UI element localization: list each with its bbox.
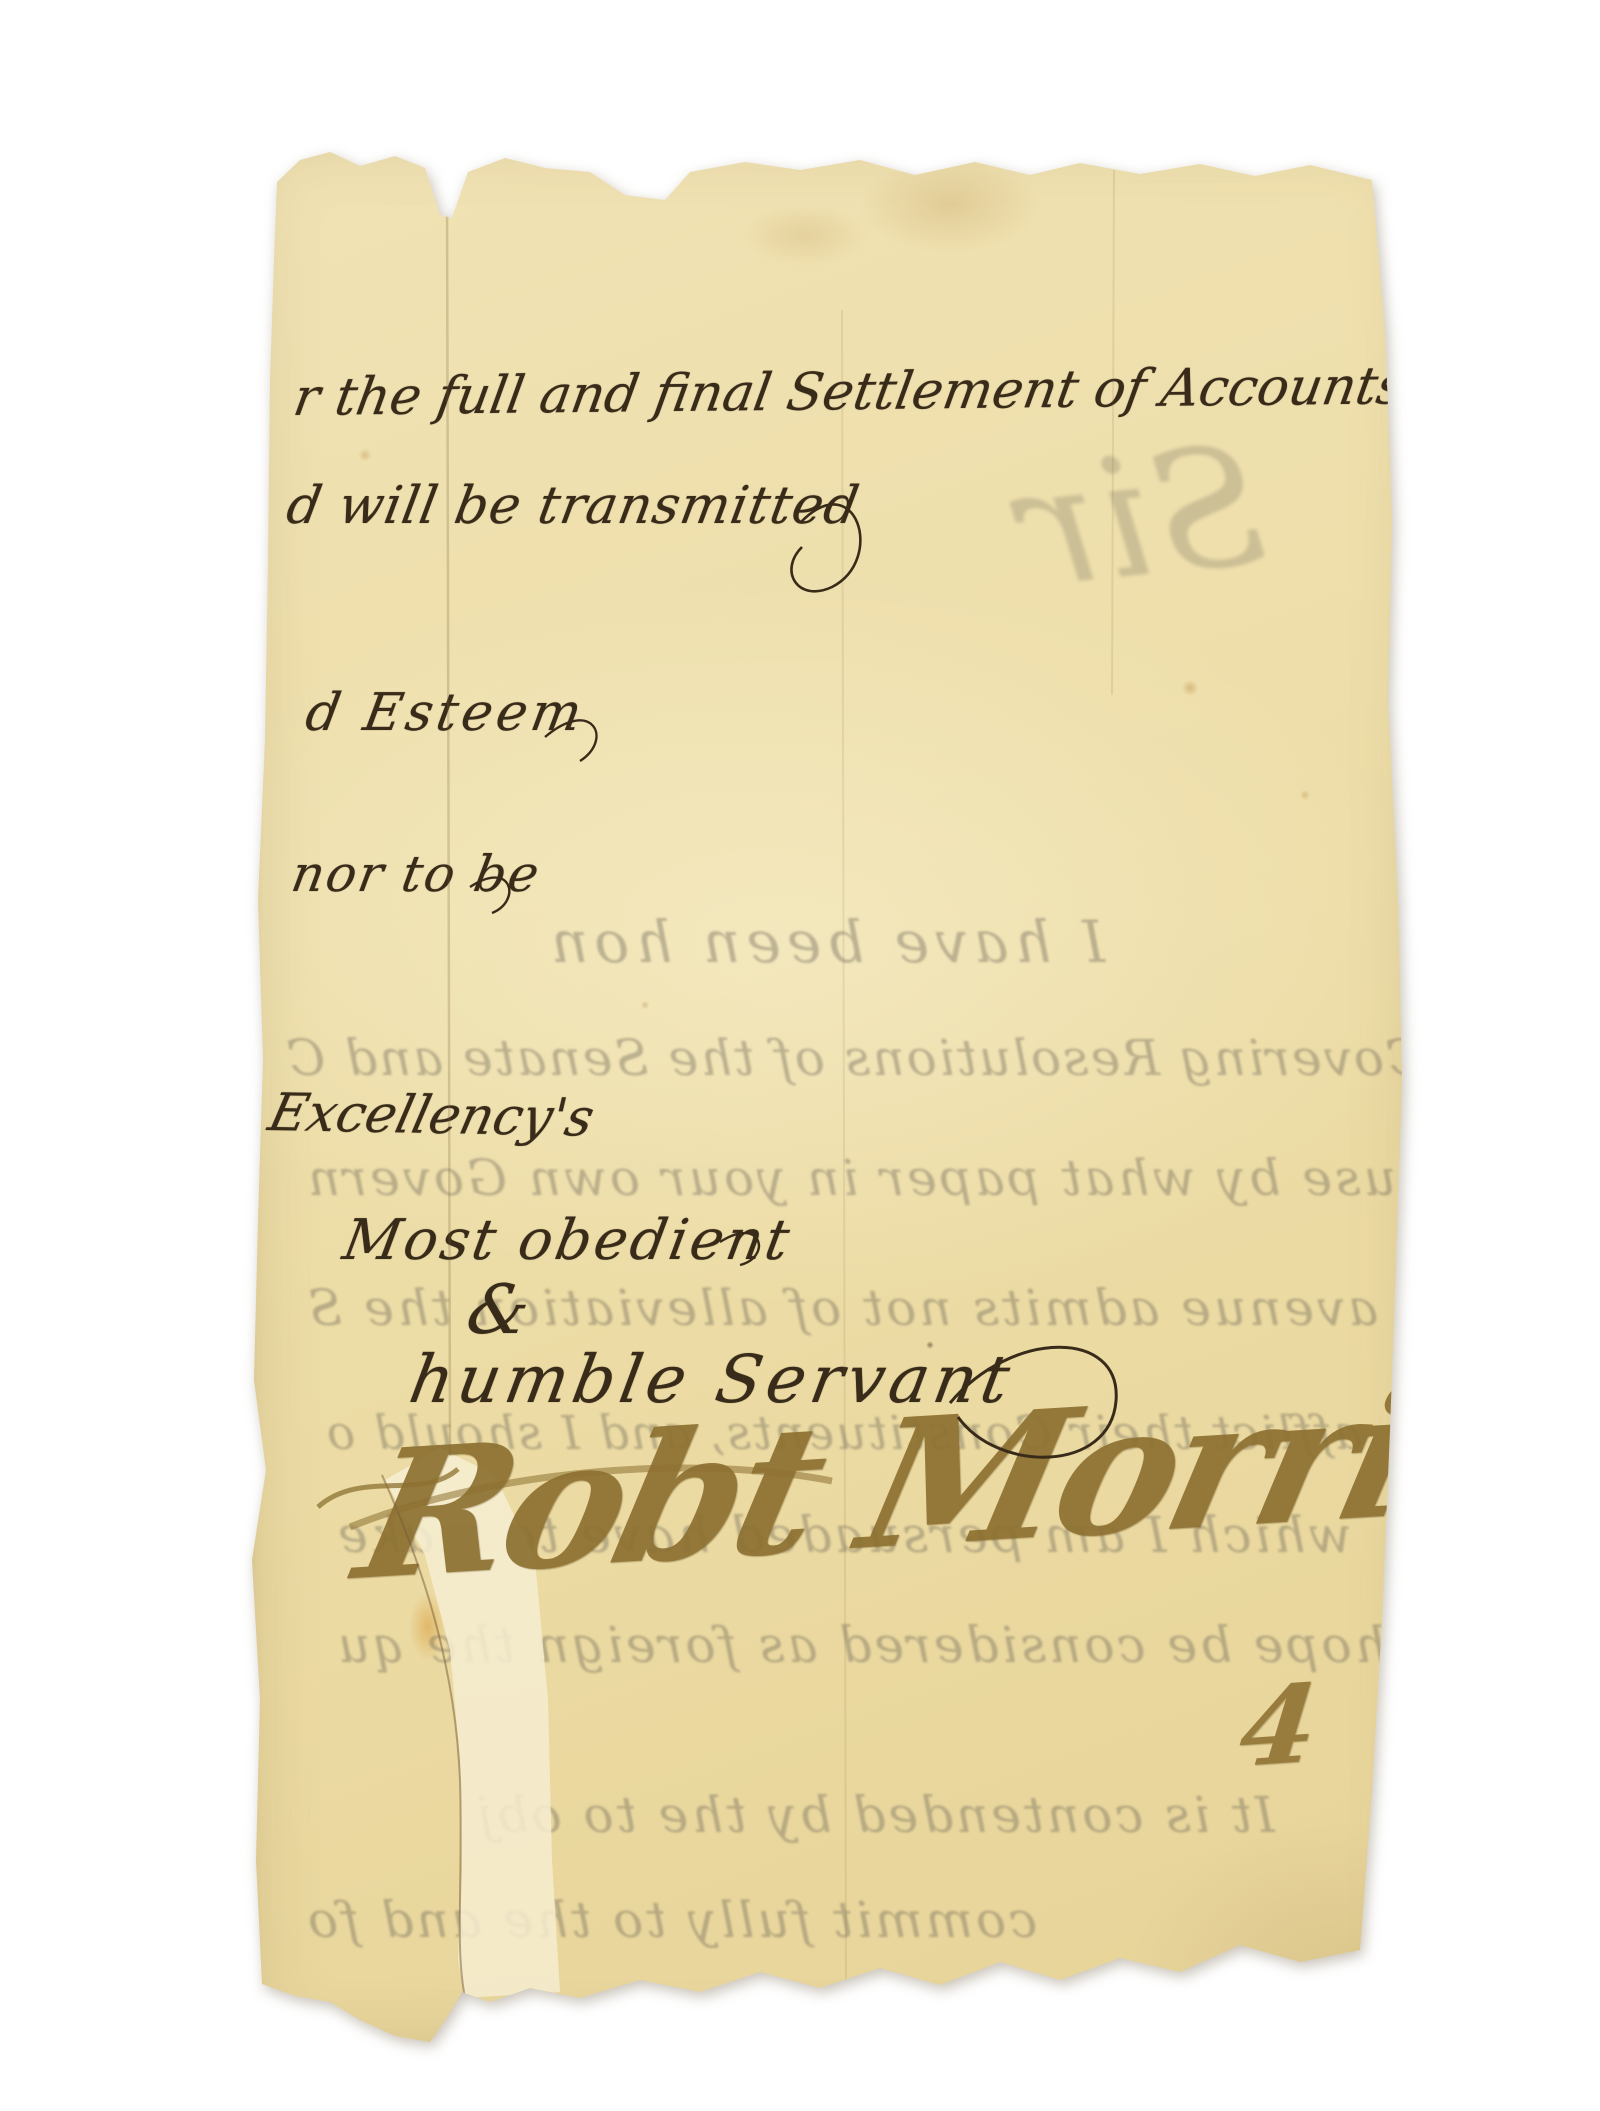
letter-paper: Sir I have been hon Covering Resolutions… [250, 135, 1420, 2050]
letter-line-5: Excellency's [264, 1087, 599, 1145]
paper-shadow-wrapper: Sir I have been hon Covering Resolutions… [250, 135, 1420, 2050]
letter-line-3: d Esteem [302, 687, 589, 739]
crease-vertical-faint [842, 310, 846, 1985]
bleedthrough-line-3: cause by what paper in your own Govern [305, 1153, 1460, 1203]
scan-background: Sir I have been hon Covering Resolutions… [0, 0, 1600, 2111]
bleedthrough-salutation-sir: Sir [1012, 423, 1273, 613]
letter-line-1: r the full and final Settlement of Accou… [290, 360, 1408, 424]
letter-line-2: d will be transmitted [283, 480, 863, 532]
bleedthrough-line-8: It is contended by the to obj [475, 1790, 1275, 1840]
bleedthrough-line-9: commit fully to the and fo [305, 1895, 1037, 1945]
bleedthrough-line-2: Covering Resolutions of the Senate and C [285, 1033, 1424, 1083]
letter-line-7-ampersand: & [462, 1277, 535, 1345]
signature-paraph: 4 [1235, 1670, 1322, 1783]
letter-line-4: nor to be [288, 849, 545, 899]
letter-line-6: Most obedient [339, 1213, 796, 1269]
bleedthrough-line-1: I have been hon [545, 913, 1105, 971]
